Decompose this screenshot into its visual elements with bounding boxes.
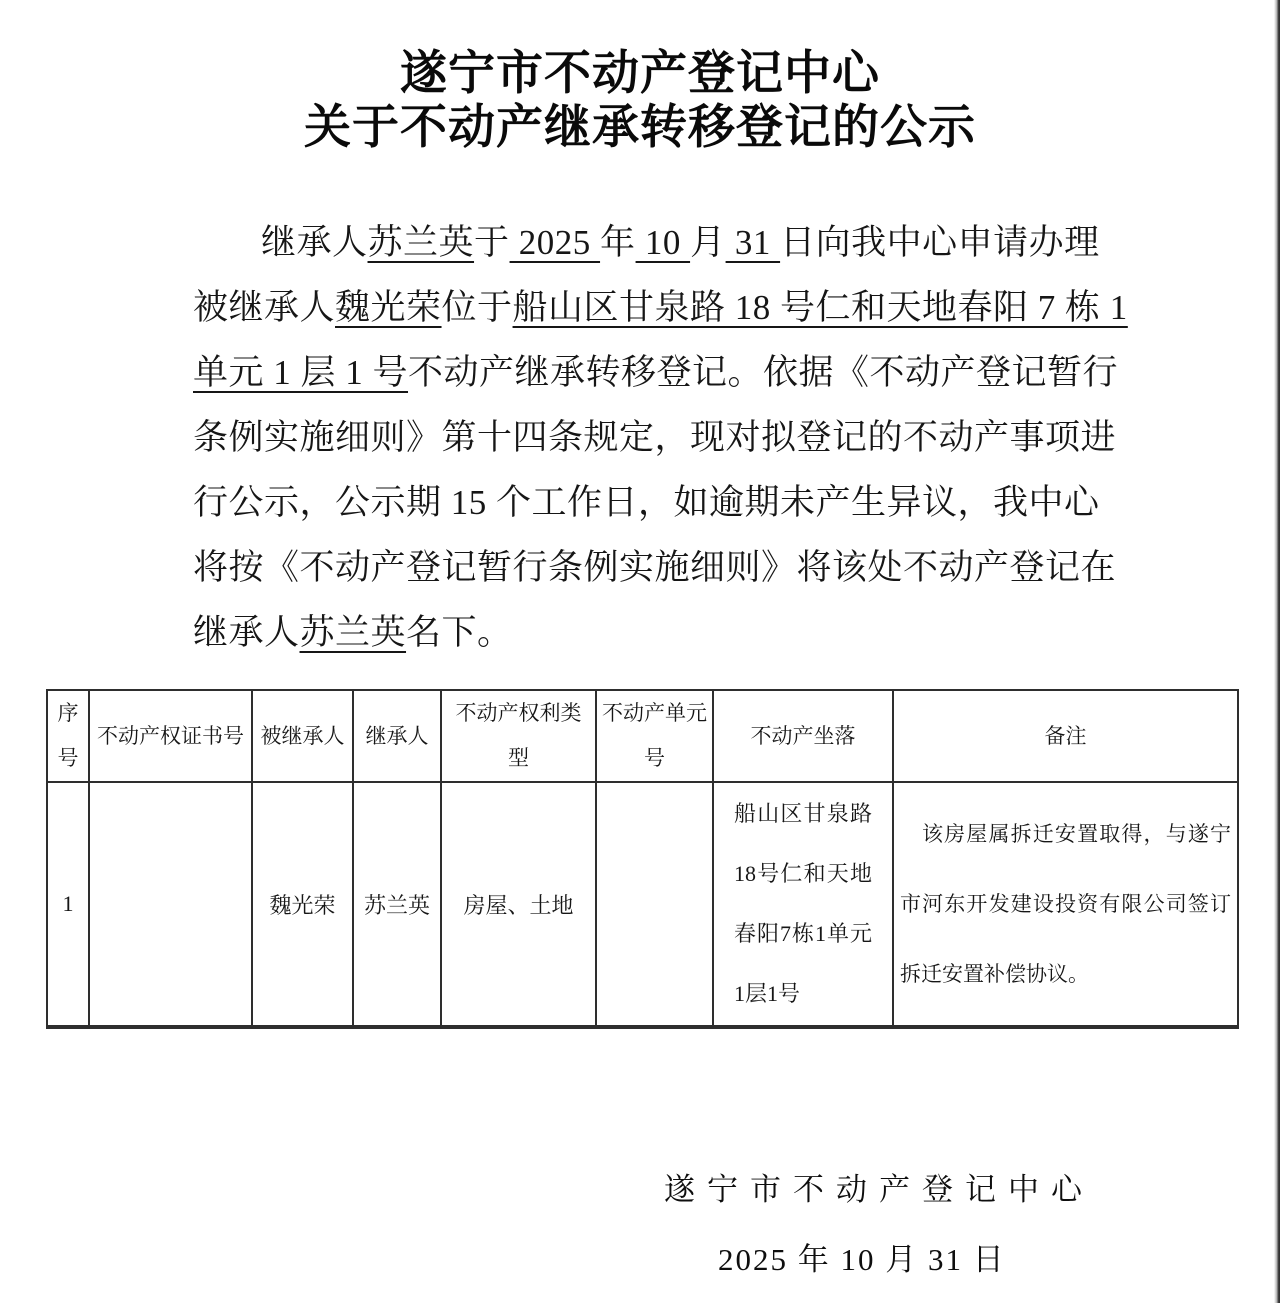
cell-right-type: 房屋、土地 bbox=[441, 782, 596, 1027]
paragraph-line: 将按《不动产登记暂行条例实施细则》将该处不动产登记在 bbox=[193, 535, 1103, 600]
cell-heir: 苏兰英 bbox=[353, 782, 441, 1027]
paragraph-line: 继承人苏兰英于 2025 年 10 月 31 日向我中心申请办理 bbox=[193, 210, 1103, 275]
page-title-line2: 关于不动产继承转移登记的公示 bbox=[0, 100, 1280, 154]
table-header-row: 序号 不动产权证书号 被继承人 继承人 不动产权利类型 不动产单元号 不动产坐落… bbox=[47, 690, 1238, 782]
header-heir: 继承人 bbox=[353, 690, 441, 782]
header-unit-no: 不动产单元号 bbox=[596, 690, 713, 782]
cell-remark: 该房屋属拆迁安置取得，与遂宁市河东开发建设投资有限公司签订拆迁安置补偿协议。 bbox=[893, 782, 1238, 1027]
cell-location: 船山区甘泉路18号仁和天地春阳7栋1单元1层1号 bbox=[713, 782, 893, 1027]
header-seq: 序号 bbox=[47, 690, 89, 782]
paragraph-line: 单元 1 层 1 号不动产继承转移登记。依据《不动产登记暂行 bbox=[193, 340, 1103, 405]
cell-cert-no bbox=[89, 782, 252, 1027]
scan-edge-artifact bbox=[1274, 0, 1280, 1303]
paragraph-line: 条例实施细则》第十四条规定，现对拟登记的不动产事项进 bbox=[193, 405, 1103, 470]
cell-unit-no bbox=[596, 782, 713, 1027]
signature-block: 遂宁市不动产登记中心 2025 年 10 月 31 日 bbox=[0, 1168, 1280, 1282]
signature-org: 遂宁市不动产登记中心 bbox=[664, 1168, 1280, 1212]
header-location: 不动产坐落 bbox=[713, 690, 893, 782]
header-remark: 备注 bbox=[893, 690, 1238, 782]
paragraph-line: 被继承人魏光荣位于船山区甘泉路 18 号仁和天地春阳 7 栋 1 bbox=[193, 275, 1103, 340]
header-decedent: 被继承人 bbox=[252, 690, 353, 782]
cell-seq: 1 bbox=[47, 782, 89, 1027]
signature-date: 2025 年 10 月 31 日 bbox=[718, 1238, 1280, 1282]
page-title-line1: 遂宁市不动产登记中心 bbox=[0, 46, 1280, 100]
notice-body: 继承人苏兰英于 2025 年 10 月 31 日向我中心申请办理 被继承人魏光荣… bbox=[193, 210, 1103, 665]
registration-table: 序号 不动产权证书号 被继承人 继承人 不动产权利类型 不动产单元号 不动产坐落… bbox=[46, 689, 1239, 1029]
cell-decedent: 魏光荣 bbox=[252, 782, 353, 1027]
paragraph-line: 行公示，公示期 15 个工作日，如逾期未产生异议，我中心 bbox=[193, 470, 1103, 535]
header-right-type: 不动产权利类型 bbox=[441, 690, 596, 782]
header-cert-no: 不动产权证书号 bbox=[89, 690, 252, 782]
table-row: 1 魏光荣 苏兰英 房屋、土地 船山区甘泉路18号仁和天地春阳7栋1单元1层1号… bbox=[47, 782, 1238, 1027]
page-title: 遂宁市不动产登记中心 关于不动产继承转移登记的公示 bbox=[0, 0, 1280, 154]
paragraph-line: 继承人苏兰英名下。 bbox=[193, 600, 1103, 665]
